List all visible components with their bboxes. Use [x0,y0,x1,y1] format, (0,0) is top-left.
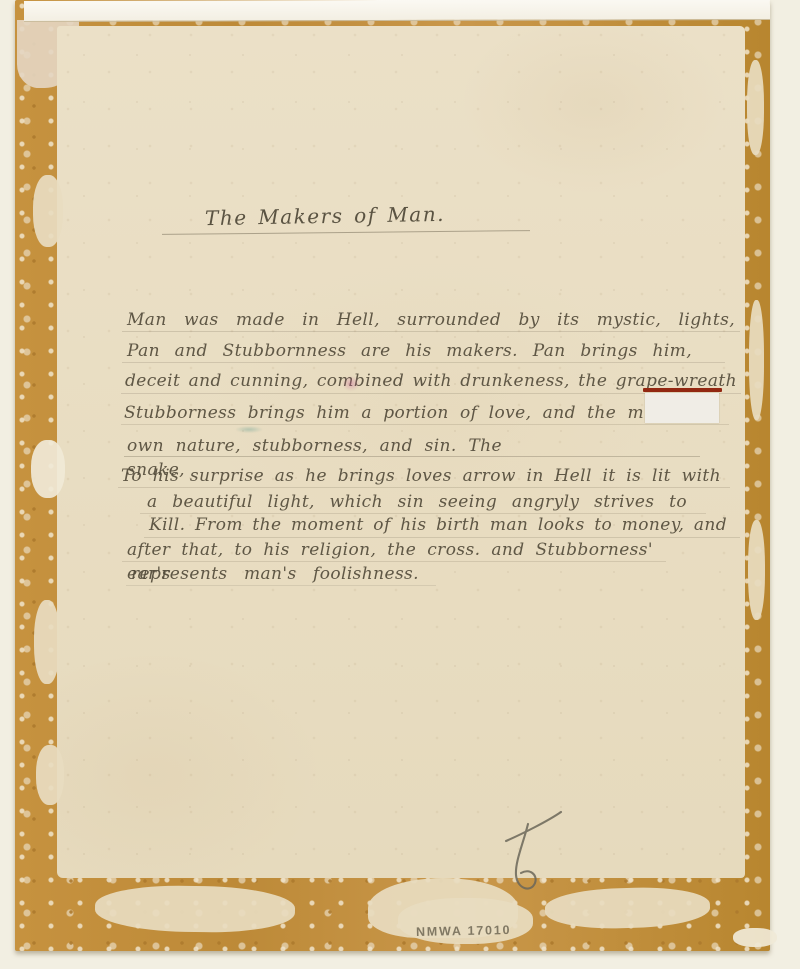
manuscript-line: Stubborness brings him a portion of love… [124,401,644,425]
red-marker-line [643,388,722,392]
mount-torn-patch [747,60,764,155]
mount-torn-patch [733,928,777,947]
mount-torn-patch [33,175,63,247]
tape-patch [645,393,719,423]
mount-torn-patch [36,745,64,805]
manuscript-line: Kill. From the moment of his birth man l… [149,513,727,537]
manuscript-line: To his surprise as he brings loves arrow… [121,464,721,488]
manuscript-line: a beautiful light, which sin seeing angr… [147,490,687,514]
mount-torn-patch [31,440,65,498]
manuscript-line: Man was made in Hell, surrounded by its … [127,308,735,332]
teal-smudge [235,426,263,433]
manuscript-line: Pan and Stubbornness are his makers. Pan… [127,339,692,363]
manuscript-line: represents man's foolishness. [131,562,419,586]
mount-torn-patch [748,520,765,620]
page-title: The Makers of Man. [205,202,445,230]
pink-smudge [342,376,360,391]
manuscript-scan: The Makers of Man. Man was made in Hell,… [0,0,800,969]
pencil-mark-5 [498,806,568,898]
top-paper-strip [24,0,770,22]
catalog-number: NMWA 17010 [416,923,512,939]
mount-torn-patch [749,300,764,420]
mount-top-edge [24,20,764,28]
mount-torn-patch [34,600,60,684]
